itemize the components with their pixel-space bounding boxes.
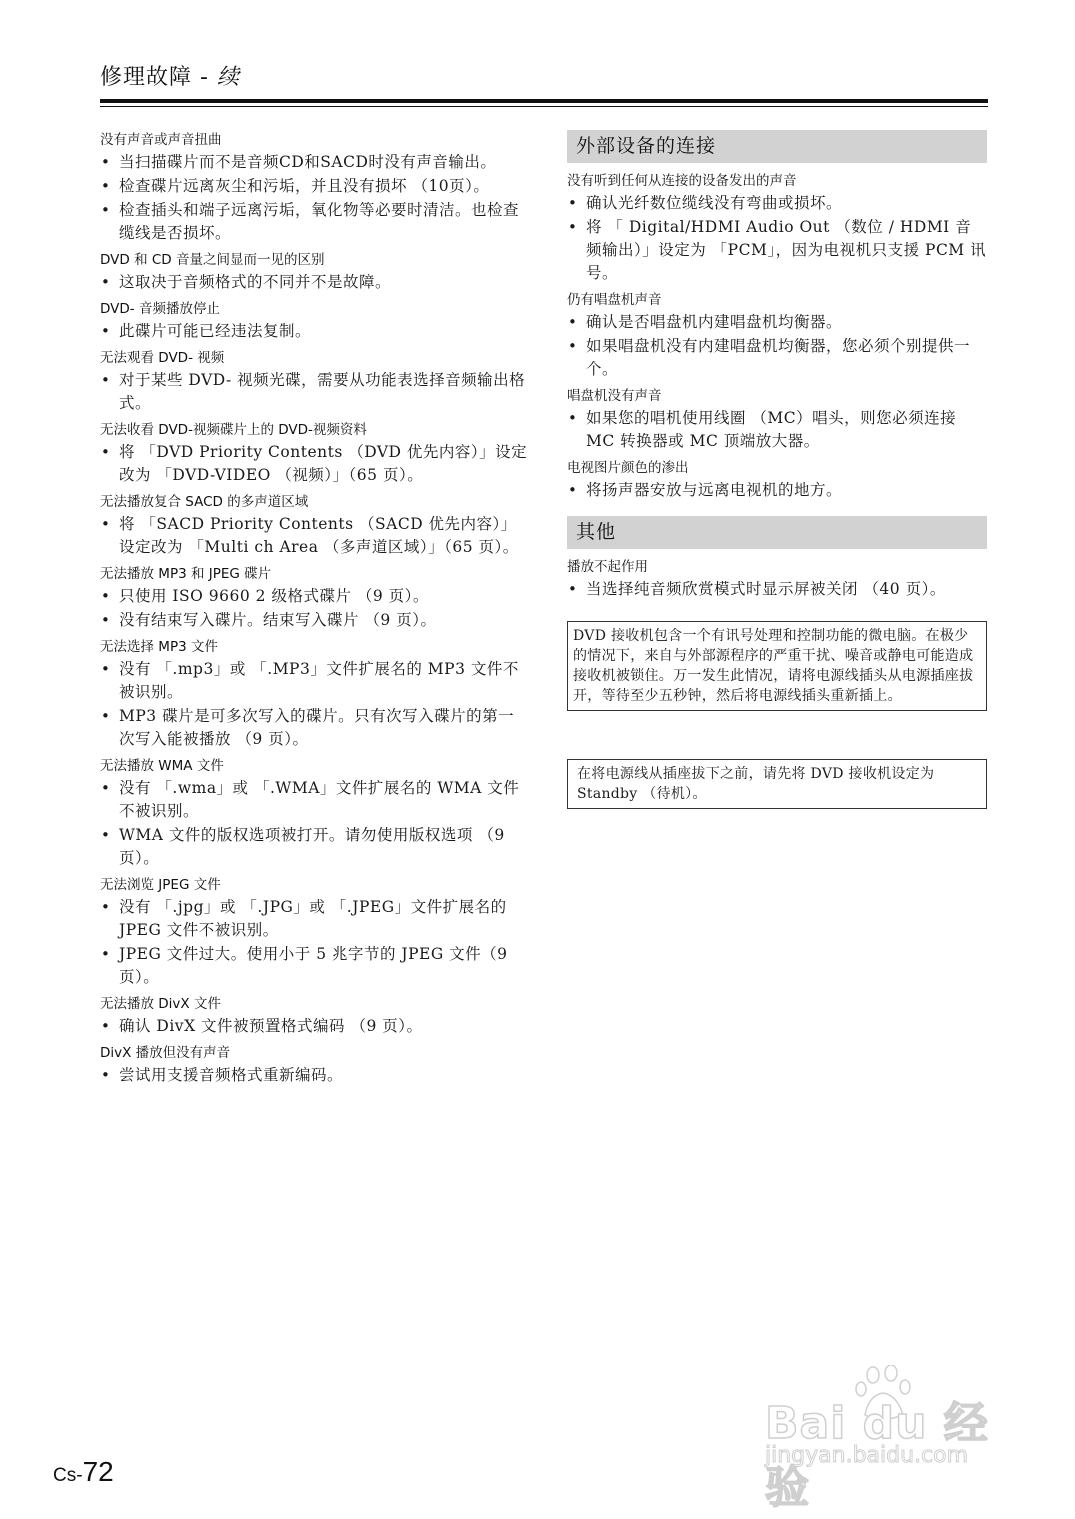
troubleshoot-group: DVD 和 CD 音量之间显而一见的区别•这取决于音频格式的不同并不是故障。 xyxy=(100,251,530,294)
solution-item: • 此碟片可能已经违法复制。 xyxy=(100,320,530,343)
section-heading-external-devices: 外部设备的连接 xyxy=(567,130,987,163)
bullet-icon: • xyxy=(568,407,577,430)
bullet-icon: • xyxy=(568,192,577,215)
solution-item: •没有结束写入碟片。结束写入碟片 （9 页）。 xyxy=(100,609,530,632)
problem-heading: 无法播放 DivX 文件 xyxy=(100,995,530,1013)
solution-item: •将扬声器安放与远离电视机的地方。 xyxy=(567,479,987,502)
bullet-icon: • xyxy=(568,479,577,502)
problem-heading: DVD 和 CD 音量之间显而一见的区别 xyxy=(100,251,530,269)
title-text: 修理故障 - xyxy=(100,65,217,90)
title-continued: 续 xyxy=(217,65,240,90)
problem-heading: 无法收看 DVD-视频碟片上的 DVD-视频资料 xyxy=(100,421,530,439)
solution-text: 将 「DVD Priority Contents （DVD 优先内容）」设定改为… xyxy=(119,443,527,484)
problem-heading: 电视图片颜色的渗出 xyxy=(567,459,987,477)
troubleshoot-group: 播放不起作用•当选择纯音频欣赏模式时显示屏被关闭 （40 页）。 xyxy=(567,558,987,601)
solution-item: • 对于某些 DVD- 视频光碟，需要从功能表选择音频输出格式。 xyxy=(100,369,530,415)
header-rule-thick xyxy=(100,99,988,103)
problem-heading: 唱盘机没有声音 xyxy=(567,387,987,405)
page-number-value: 72 xyxy=(83,1456,114,1487)
troubleshoot-group: 无法播放复合 SACD 的多声道区域•将 「SACD Priority Cont… xyxy=(100,493,530,559)
bullet-icon: • xyxy=(101,705,110,728)
troubleshoot-group: 仍有唱盘机声音•确认是否唱盘机内建唱盘机均衡器。•如果唱盘机没有内建唱盘机均衡器… xyxy=(567,291,987,381)
bullet-icon: • xyxy=(101,199,110,222)
solution-item: •当扫描碟片而不是音频CD和SACD时没有声音输出。 xyxy=(100,151,530,174)
bullet-icon: • xyxy=(568,311,577,334)
solution-text: 没有结束写入碟片。结束写入碟片 （9 页）。 xyxy=(119,611,436,629)
solution-item: •MP3 碟片是可多次写入的碟片。只有次写入碟片的第一次写入能被播放 （9 页）… xyxy=(100,705,530,751)
solution-item: •将 「DVD Priority Contents （DVD 优先内容）」设定改… xyxy=(100,441,530,487)
problem-heading: 无法选择 MP3 文件 xyxy=(100,638,530,656)
solution-item: •检查碟片远离灰尘和污垢，并且没有损坏 （10页）。 xyxy=(100,175,530,198)
note-box-standby: 在将电源线从插座拔下之前，请先将 DVD 接收机设定为 Standby （待机）… xyxy=(567,759,987,809)
solution-text: 对于某些 DVD- 视频光碟，需要从功能表选择音频输出格式。 xyxy=(119,371,525,412)
bullet-icon: • xyxy=(101,896,110,919)
solution-text: 此碟片可能已经违法复制。 xyxy=(119,322,311,340)
problem-heading: DVD- 音频播放停止 xyxy=(100,300,530,318)
solution-text: 将 「SACD Priority Contents （SACD 优先内容）」设定… xyxy=(119,515,519,556)
troubleshoot-group: 无法浏览 JPEG 文件•没有 「.jpg」或 「.JPG」或 「.JPEG」文… xyxy=(100,876,530,989)
solution-item: •将 「 Digital/HDMI Audio Out （数位 / HDMI 音… xyxy=(567,216,987,285)
bullet-icon: • xyxy=(101,943,110,966)
page-prefix: Cs- xyxy=(53,1465,83,1486)
bullet-icon: • xyxy=(101,513,110,536)
external-devices-groups: 没有听到任何从连接的设备发出的声音•确认光纤数位缆线没有弯曲或损坏。•将 「 D… xyxy=(567,172,987,502)
solution-item: •如果您的唱机使用线圈 （MC）唱头，则您必须连接 MC 转换器或 MC 顶端放… xyxy=(567,407,987,453)
solution-item: •JPEG 文件过大。使用小于 5 兆字节的 JPEG 文件（9 页）。 xyxy=(100,943,530,989)
bullet-icon: • xyxy=(101,151,110,174)
solution-item: •只使用 ISO 9660 2 级格式碟片 （9 页）。 xyxy=(100,585,530,608)
bullet-icon: • xyxy=(101,369,110,392)
bullet-icon: • xyxy=(568,335,577,358)
solution-text: 没有 「.jpg」或 「.JPG」或 「.JPEG」文件扩展名的 JPEG 文件… xyxy=(119,898,507,939)
solution-item: •这取决于音频格式的不同并不是故障。 xyxy=(100,271,530,294)
solution-text: 没有 「.mp3」或 「.MP3」文件扩展名的 MP3 文件不被识别。 xyxy=(119,660,519,701)
troubleshoot-group: DivX 播放但没有声音•尝试用支援音频格式重新编码。 xyxy=(100,1044,530,1087)
note-box-microcomputer: DVD 接收机包含一个有讯号处理和控制功能的微电脑。在极少的情况下，来自与外部源… xyxy=(567,621,987,711)
solution-text: 如果唱盘机没有内建唱盘机均衡器，您必须个别提供一个。 xyxy=(586,337,970,378)
bullet-icon: • xyxy=(568,216,577,239)
troubleshoot-group: 没有听到任何从连接的设备发出的声音•确认光纤数位缆线没有弯曲或损坏。•将 「 D… xyxy=(567,172,987,285)
bullet-icon: • xyxy=(101,609,110,632)
bullet-icon: • xyxy=(101,175,110,198)
solution-item: •将 「SACD Priority Contents （SACD 优先内容）」设… xyxy=(100,513,530,559)
problem-heading: 没有听到任何从连接的设备发出的声音 xyxy=(567,172,987,190)
bullet-icon: • xyxy=(101,271,110,294)
solution-text: 如果您的唱机使用线圈 （MC）唱头，则您必须连接 MC 转换器或 MC 顶端放大… xyxy=(586,409,956,450)
solution-text: 确认是否唱盘机内建唱盘机均衡器。 xyxy=(586,313,842,331)
solution-text: 将扬声器安放与远离电视机的地方。 xyxy=(586,481,842,499)
bullet-icon: • xyxy=(101,777,110,800)
solution-item: •当选择纯音频欣赏模式时显示屏被关闭 （40 页）。 xyxy=(567,578,987,601)
troubleshoot-group: DVD- 音频播放停止• 此碟片可能已经违法复制。 xyxy=(100,300,530,343)
troubleshoot-group: 无法选择 MP3 文件•没有 「.mp3」或 「.MP3」文件扩展名的 MP3 … xyxy=(100,638,530,751)
solution-item: •WMA 文件的版权选项被打开。请勿使用版权选项 （9 页）。 xyxy=(100,824,530,870)
troubleshoot-group: 电视图片颜色的渗出•将扬声器安放与远离电视机的地方。 xyxy=(567,459,987,502)
solution-text: 将 「 Digital/HDMI Audio Out （数位 / HDMI 音频… xyxy=(586,218,986,282)
troubleshoot-group: 无法收看 DVD-视频碟片上的 DVD-视频资料•将 「DVD Priority… xyxy=(100,421,530,487)
problem-heading: DivX 播放但没有声音 xyxy=(100,1044,530,1062)
right-column: 外部设备的连接 没有听到任何从连接的设备发出的声音•确认光纤数位缆线没有弯曲或损… xyxy=(567,130,987,809)
solution-item: •没有 「.mp3」或 「.MP3」文件扩展名的 MP3 文件不被识别。 xyxy=(100,658,530,704)
bullet-icon: • xyxy=(101,658,110,681)
left-column: 没有声音或声音扭曲•当扫描碟片而不是音频CD和SACD时没有声音输出。•检查碟片… xyxy=(100,127,530,1093)
bullet-icon: • xyxy=(101,1015,110,1038)
solution-text: 检查碟片远离灰尘和污垢，并且没有损坏 （10页）。 xyxy=(119,177,489,195)
solution-text: 这取决于音频格式的不同并不是故障。 xyxy=(119,273,391,291)
solution-item: •没有 「.wma」或 「.WMA」文件扩展名的 WMA 文件不被识别。 xyxy=(100,777,530,823)
problem-heading: 无法播放 MP3 和 JPEG 碟片 xyxy=(100,565,530,583)
solution-text: 只使用 ISO 9660 2 级格式碟片 （9 页）。 xyxy=(119,587,429,605)
problem-heading: 播放不起作用 xyxy=(567,558,987,576)
troubleshoot-group: 没有声音或声音扭曲•当扫描碟片而不是音频CD和SACD时没有声音输出。•检查碟片… xyxy=(100,131,530,245)
solution-text: 没有 「.wma」或 「.WMA」文件扩展名的 WMA 文件不被识别。 xyxy=(119,779,519,820)
page-title: 修理故障 - 续 xyxy=(100,62,988,94)
bullet-icon: • xyxy=(568,578,577,601)
problem-heading: 无法观看 DVD- 视频 xyxy=(100,349,530,367)
page-header: 修理故障 - 续 xyxy=(100,62,988,94)
solution-text: 检查插头和端子远离污垢，氧化物等必要时清洁。也检查缆线是否损坏。 xyxy=(119,201,519,242)
other-groups: 播放不起作用•当选择纯音频欣赏模式时显示屏被关闭 （40 页）。 xyxy=(567,558,987,601)
solution-text: 确认 DivX 文件被预置格式编码 （9 页）。 xyxy=(119,1017,423,1035)
bullet-icon: • xyxy=(101,320,110,343)
troubleshoot-group: 无法播放 WMA 文件•没有 「.wma」或 「.WMA」文件扩展名的 WMA … xyxy=(100,757,530,870)
watermark-url: jingyan.baidu.com xyxy=(765,1443,968,1468)
troubleshoot-group: 无法播放 DivX 文件•确认 DivX 文件被预置格式编码 （9 页）。 xyxy=(100,995,530,1038)
bullet-icon: • xyxy=(101,1064,110,1087)
header-rule-thin xyxy=(100,106,988,107)
problem-heading: 无法播放 WMA 文件 xyxy=(100,757,530,775)
baidu-watermark: Bai du 经验 jingyan.baidu.com xyxy=(765,1365,1015,1475)
solution-item: •检查插头和端子远离污垢，氧化物等必要时清洁。也检查缆线是否损坏。 xyxy=(100,199,530,245)
troubleshoot-group: 无法播放 MP3 和 JPEG 碟片•只使用 ISO 9660 2 级格式碟片 … xyxy=(100,565,530,632)
solution-item: •确认 DivX 文件被预置格式编码 （9 页）。 xyxy=(100,1015,530,1038)
problem-heading: 无法浏览 JPEG 文件 xyxy=(100,876,530,894)
solution-item: •确认光纤数位缆线没有弯曲或损坏。 xyxy=(567,192,987,215)
solution-item: •确认是否唱盘机内建唱盘机均衡器。 xyxy=(567,311,987,334)
bullet-icon: • xyxy=(101,585,110,608)
solution-text: 当扫描碟片而不是音频CD和SACD时没有声音输出。 xyxy=(119,153,496,171)
troubleshoot-group: 唱盘机没有声音•如果您的唱机使用线圈 （MC）唱头，则您必须连接 MC 转换器或… xyxy=(567,387,987,453)
solution-text: JPEG 文件过大。使用小于 5 兆字节的 JPEG 文件（9 页）。 xyxy=(119,945,508,986)
solution-text: WMA 文件的版权选项被打开。请勿使用版权选项 （9 页）。 xyxy=(119,826,505,867)
problem-heading: 没有声音或声音扭曲 xyxy=(100,131,530,149)
solution-text: 当选择纯音频欣赏模式时显示屏被关闭 （40 页）。 xyxy=(586,580,946,598)
solution-text: 确认光纤数位缆线没有弯曲或损坏。 xyxy=(586,194,842,212)
troubleshoot-group: 无法观看 DVD- 视频• 对于某些 DVD- 视频光碟，需要从功能表选择音频输… xyxy=(100,349,530,415)
solution-item: •尝试用支援音频格式重新编码。 xyxy=(100,1064,530,1087)
bullet-icon: • xyxy=(101,441,110,464)
bullet-icon: • xyxy=(101,824,110,847)
solution-item: •没有 「.jpg」或 「.JPG」或 「.JPEG」文件扩展名的 JPEG 文… xyxy=(100,896,530,942)
solution-text: MP3 碟片是可多次写入的碟片。只有次写入碟片的第一次写入能被播放 （9 页）。 xyxy=(119,707,514,748)
solution-item: •如果唱盘机没有内建唱盘机均衡器，您必须个别提供一个。 xyxy=(567,335,987,381)
page-number: Cs-72 xyxy=(53,1456,114,1488)
solution-text: 尝试用支援音频格式重新编码。 xyxy=(119,1066,343,1084)
section-heading-other: 其他 xyxy=(567,516,987,549)
problem-heading: 仍有唱盘机声音 xyxy=(567,291,987,309)
problem-heading: 无法播放复合 SACD 的多声道区域 xyxy=(100,493,530,511)
